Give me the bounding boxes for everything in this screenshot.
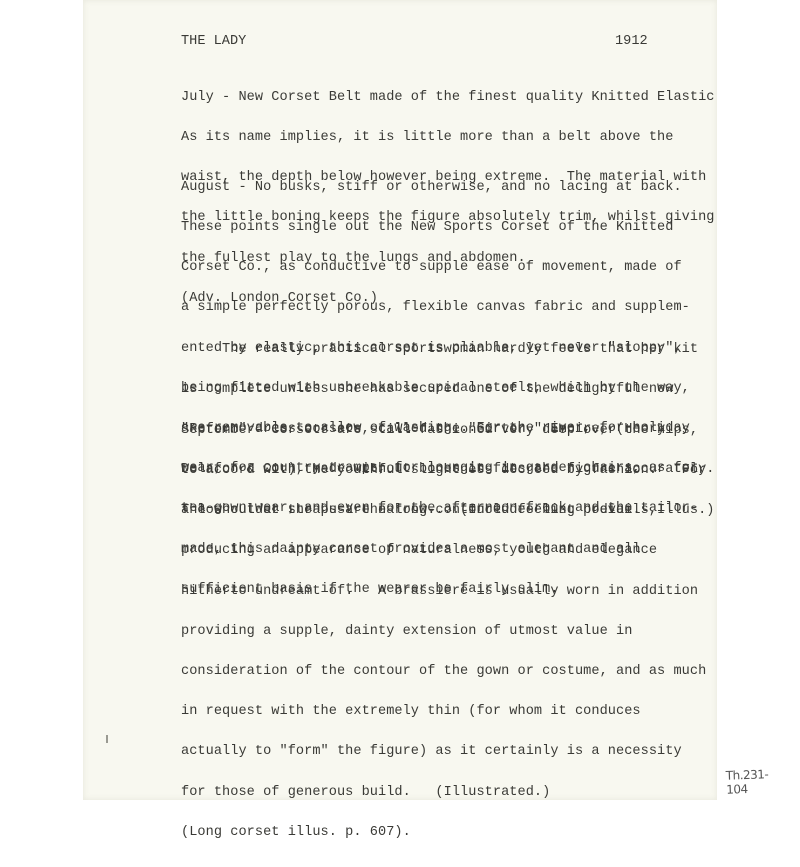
header-year: 1912 xyxy=(615,34,648,49)
text-line: The really practical sportswoman hardly … xyxy=(181,343,715,356)
text-line: actually to "form" the figure) as it cer… xyxy=(181,745,706,758)
text-line: in request with the extremely thin (for … xyxy=(181,705,706,718)
text-line: producing an appearance of naturalness, … xyxy=(181,544,706,557)
text-line: hitherto undreamt of. A brassière is usu… xyxy=(181,585,706,598)
paragraph-september: September- Corsets are still fashioned v… xyxy=(181,397,706,800)
handwritten-reference: Th.231-104 xyxy=(726,767,769,796)
text-line: consideration of the contour of the gown… xyxy=(181,665,706,678)
text-line: a low cut at the bust the long-contoured… xyxy=(181,504,706,517)
text-line: July - New Corset Belt made of the fines… xyxy=(181,91,715,104)
text-line: August - No busks, stiff or otherwise, a… xyxy=(181,181,698,194)
text-line: for those of generous build. (Illustrate… xyxy=(181,786,706,799)
text-line: providing a supple, dainty extension of … xyxy=(181,625,706,638)
text-line: is complete unless she has secured one o… xyxy=(181,383,715,396)
text-line: September- Corsets are still fashioned v… xyxy=(181,424,706,437)
typed-page: THE LADY 1912 July - New Corset Belt mad… xyxy=(83,0,717,800)
header-title: THE LADY xyxy=(181,34,246,49)
text-line: to accord with the youthful slightness d… xyxy=(181,464,706,477)
text-line: These points single out the New Sports C… xyxy=(181,221,698,234)
text-line: a simple perfectly porous, flexible canv… xyxy=(181,301,698,314)
text-line: As its name implies, it is little more t… xyxy=(181,131,715,144)
text-line: Corset Co., as conductive to supple ease… xyxy=(181,261,698,274)
paper-mark xyxy=(106,735,108,743)
